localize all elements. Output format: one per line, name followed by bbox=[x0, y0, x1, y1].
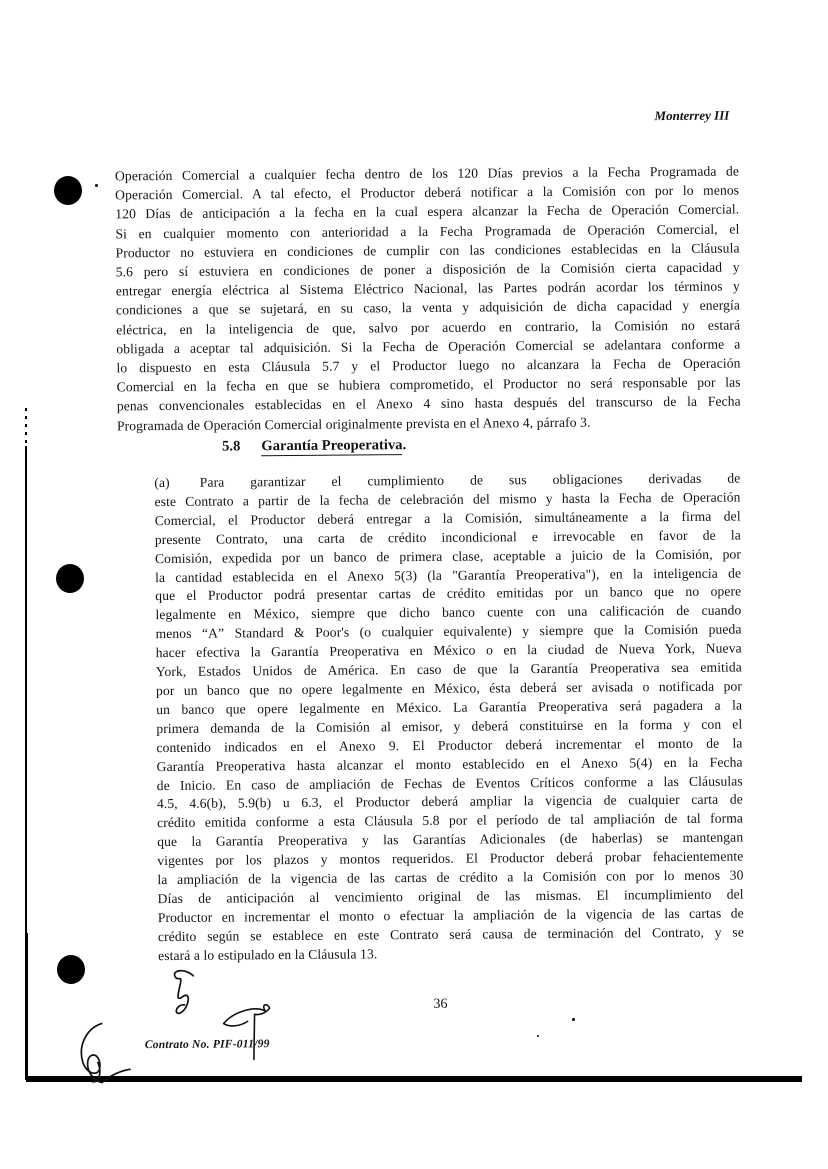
text-line: Programada de Operación Comercial origin… bbox=[117, 411, 741, 435]
page-number: 36 bbox=[433, 997, 447, 1013]
clause-5-8a-paragraph: (a)Para garantizar el cumplimiento de su… bbox=[154, 469, 744, 965]
section-number: 5.8 bbox=[222, 438, 240, 455]
first-line-text: Para garantizar el cumplimiento de sus o… bbox=[200, 470, 741, 489]
handwritten-signature-mark bbox=[221, 1001, 273, 1063]
subsection-label: (a) bbox=[154, 474, 170, 493]
section-heading-5-8: 5.8Garantía Preoperativa. bbox=[222, 437, 406, 455]
page-content: Monterrey III Operación Comercial a cual… bbox=[0, 0, 828, 1169]
handwritten-initial-mark bbox=[163, 968, 203, 1018]
paragraph-lines: este Contrato a partir de la fecha de ce… bbox=[154, 488, 744, 965]
handwritten-signature-mark bbox=[74, 1020, 137, 1086]
section-title: Garantía Preoperativa bbox=[261, 437, 402, 456]
text-line: estará a lo estipulado en la Cláusula 13… bbox=[158, 942, 744, 966]
document-title: Monterrey III bbox=[654, 108, 729, 125]
section-title-period: . bbox=[402, 437, 406, 453]
clause-5-7-paragraph: Operación Comercial a cualquier fecha de… bbox=[115, 161, 741, 435]
